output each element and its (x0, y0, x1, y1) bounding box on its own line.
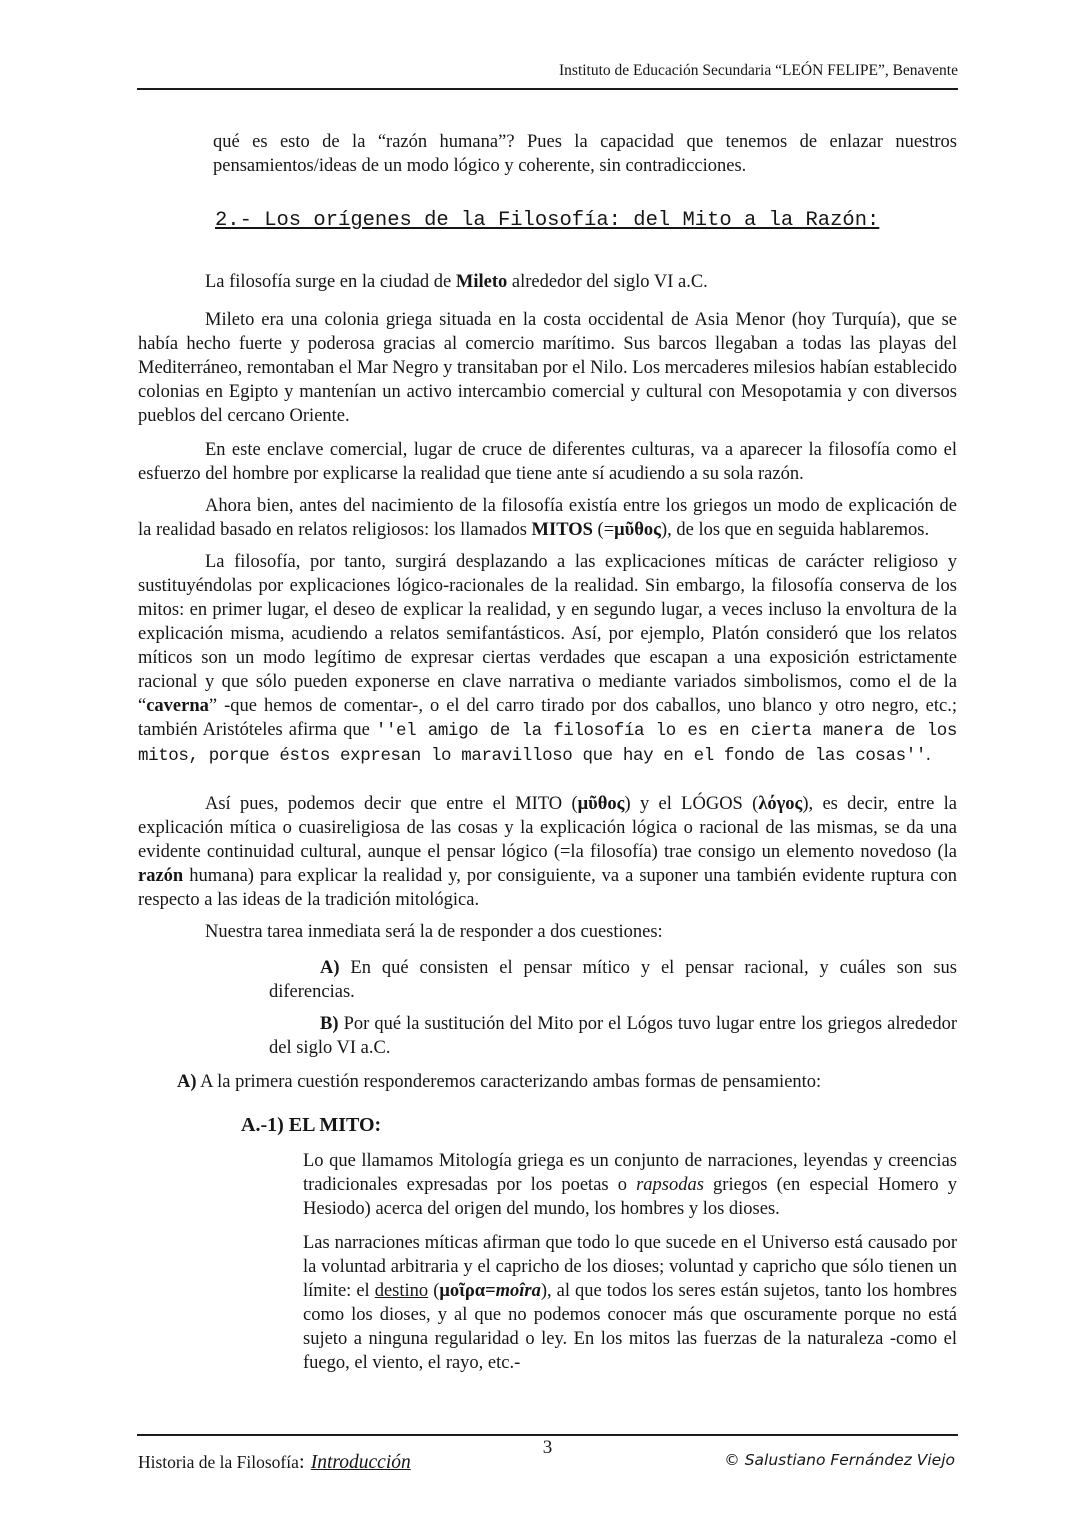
paragraph: Ahora bien, antes del nacimiento de la f… (138, 494, 957, 542)
text-run: En qué consisten el pensar mítico y el p… (269, 958, 957, 1002)
text-run: ), de los que en seguida hablaremos. (661, 520, 929, 540)
text-run: humana) para explicar la realidad y, por… (138, 866, 957, 910)
subsection-heading: A.-1) EL MITO: (241, 1112, 957, 1139)
text-run: A) (320, 958, 340, 978)
text-run: La filosofía surge en la ciudad de (205, 272, 456, 292)
paragraph: Nuestra tarea inmediata será la de respo… (138, 920, 957, 944)
text-run: μῦθος (578, 794, 625, 814)
section-heading: 2.- Los orígenes de la Filosofía: del Mi… (215, 206, 957, 234)
paragraph: Las narraciones míticas afirman que todo… (303, 1231, 957, 1375)
paragraph: Lo que llamamos Mitología griega es un c… (303, 1149, 957, 1221)
text-run: caverna (146, 696, 209, 716)
text-run: μῦθος (614, 520, 661, 540)
text-run: Nuestra tarea inmediata será la de respo… (205, 922, 663, 942)
copyright-notice: © Salustiano Fernández Viejo (724, 1451, 955, 1469)
text-run: MITOS (532, 520, 593, 540)
text-run: alrededor del siglo VI a.C. (507, 272, 708, 292)
text-run: razón (138, 866, 183, 886)
paragraph: Mileto era una colonia griega situada en… (138, 308, 957, 428)
question-item-b: B) Por qué la sustitución del Mito por e… (269, 1012, 957, 1060)
text-run: La filosofía, por tanto, surgirá desplaz… (138, 552, 957, 716)
text-run: B) (320, 1014, 339, 1034)
text-run: qué es esto de la “razón humana”? Pues l… (213, 132, 957, 176)
text-run: Así pues, podemos decir que entre el MIT… (205, 794, 578, 814)
footer-section-name: Introducción (311, 1452, 411, 1473)
footer-course-label: Historia de la Filosofía (138, 1452, 299, 1472)
text-run: . (926, 745, 931, 765)
text-run: Mileto era una colonia griega situada en… (138, 310, 957, 426)
footer-course-title: Historia de la Filosofía:Introducción (138, 1449, 411, 1474)
paragraph: La filosofía surge en la ciudad de Milet… (138, 270, 957, 294)
text-run: μοῖρα (439, 1281, 485, 1301)
text-run: = (485, 1281, 496, 1301)
text-run: Por qué la sustitución del Mito por el L… (269, 1014, 957, 1058)
footer-separator: : (299, 1449, 305, 1473)
text-run: (= (593, 520, 614, 540)
text-run: Mileto (456, 272, 507, 292)
text-run: λόγος (758, 794, 802, 814)
text-run: moîra (496, 1281, 541, 1301)
continuation-paragraph: qué es esto de la “razón humana”? Pues l… (213, 130, 957, 178)
paragraph: La filosofía, por tanto, surgirá desplaz… (138, 550, 957, 768)
footer-rule (137, 1434, 958, 1436)
text-run: A) (177, 1072, 197, 1092)
text-run: En este enclave comercial, lugar de cruc… (138, 440, 957, 484)
text-run: destino (375, 1281, 428, 1301)
text-run: ( (428, 1281, 439, 1301)
text-run: A la primera cuestión responderemos cara… (197, 1072, 822, 1092)
header-rule (137, 88, 958, 90)
text-run: rapsodas (636, 1175, 704, 1195)
text-run: ) y el LÓGOS ( (624, 794, 758, 814)
document-page: Instituto de Educación Secundaria “LEÓN … (0, 0, 1080, 1528)
question-item-a: A) En qué consisten el pensar mítico y e… (269, 956, 957, 1004)
paragraph: Así pues, podemos decir que entre el MIT… (138, 792, 957, 912)
page-header-institute: Instituto de Educación Secundaria “LEÓN … (559, 62, 958, 80)
paragraph: En este enclave comercial, lugar de cruc… (138, 438, 957, 486)
text-run: 2.- Los orígenes de la Filosofía: del Mi… (215, 209, 879, 232)
answer-a-intro: A) A la primera cuestión responderemos c… (177, 1070, 957, 1094)
document-body: qué es esto de la “razón humana”? Pues l… (138, 130, 957, 1375)
text-run: A.-1) EL MITO: (241, 1114, 381, 1136)
